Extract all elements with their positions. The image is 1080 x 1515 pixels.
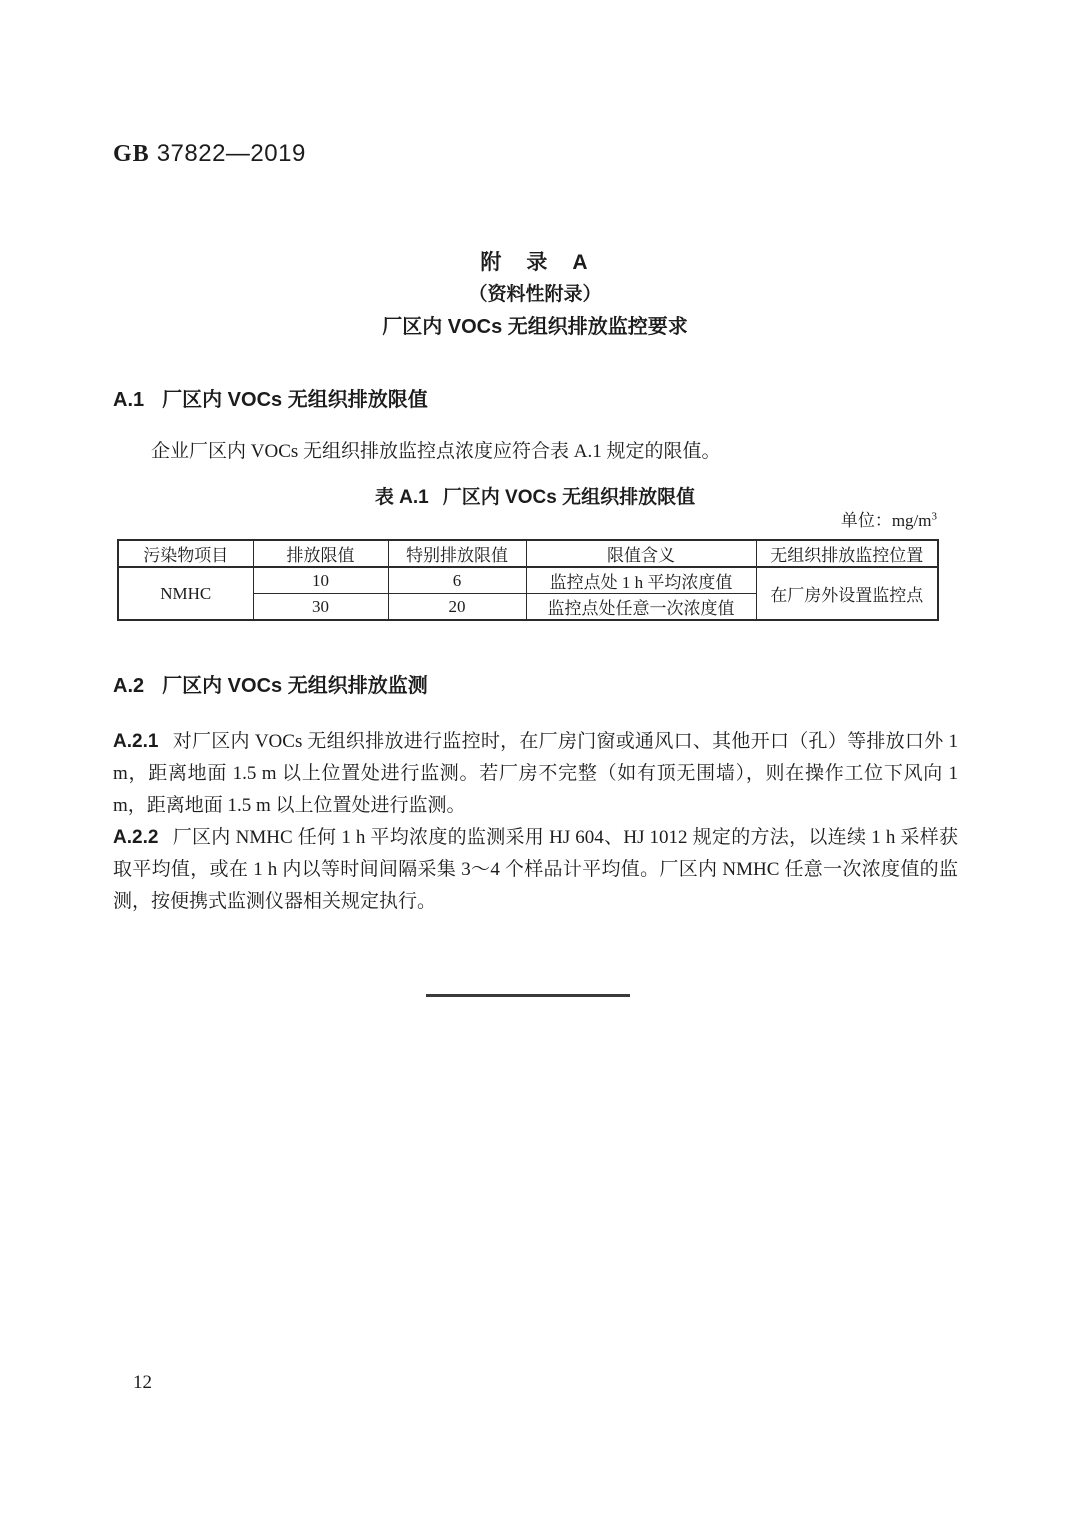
document-page: GB37822—2019 附 录 A （资料性附录） 厂区内 VOCs 无组织排… [0, 0, 1080, 1515]
section-a2-heading: A.2厂区内 VOCs 无组织排放监测 [113, 674, 958, 698]
section-a1-title: 厂区内 VOCs 无组织排放限值 [162, 389, 428, 411]
section-a2-body: A.2.1对厂区内 VOCs 无组织排放进行监控时，在厂房门窗或通风口、其他开口… [113, 726, 958, 918]
end-of-document-rule [426, 994, 630, 997]
appendix-heading: 厂区内 VOCs 无组织排放监控要求 [113, 311, 957, 343]
paragraph-a22-text: 厂区内 NMHC 任何 1 h 平均浓度的监测采用 HJ 604、HJ 1012… [113, 827, 958, 912]
appendix-subtitle: （资料性附录） [113, 279, 957, 311]
section-a1-paragraph: 企业厂区内 VOCs 无组织排放监控点浓度应符合表 A.1 规定的限值。 [113, 436, 958, 467]
table-unit-line: 单位：mg/m3 [117, 506, 937, 531]
page-number: 12 [133, 1372, 152, 1394]
cell-limit-2: 30 [253, 594, 388, 621]
table-row: NMHC 10 6 监控点处 1 h 平均浓度值 在厂房外设置监控点 [118, 567, 938, 594]
unit-superscript: 3 [932, 510, 938, 522]
appendix-title-block: 附 录 A （资料性附录） 厂区内 VOCs 无组织排放监控要求 [113, 246, 957, 343]
cell-location: 在厂房外设置监控点 [756, 567, 938, 620]
table-caption-label: 表 A.1 [375, 487, 429, 508]
paragraph-a22: A.2.2厂区内 NMHC 任何 1 h 平均浓度的监测采用 HJ 604、HJ… [113, 822, 958, 918]
paragraph-a21-label: A.2.1 [113, 731, 158, 752]
unit-text: 单位：mg/m [841, 511, 932, 530]
table-header-row: 污染物项目 排放限值 特别排放限值 限值含义 无组织排放监控位置 [118, 540, 938, 567]
section-a2-title: 厂区内 VOCs 无组织排放监测 [162, 675, 428, 697]
section-a2-label: A.2 [113, 675, 144, 697]
col-header-limit: 排放限值 [253, 540, 388, 567]
col-header-pollutant: 污染物项目 [118, 540, 253, 567]
cell-limit-1: 10 [253, 567, 388, 594]
appendix-title: 附 录 A [113, 246, 957, 279]
paragraph-a21-text: 对厂区内 VOCs 无组织排放进行监控时，在厂房门窗或通风口、其他开口（孔）等排… [113, 731, 958, 816]
doc-number-prefix: GB [113, 141, 150, 167]
table-caption-title: 厂区内 VOCs 无组织排放限值 [443, 487, 695, 508]
limits-table-wrapper: 污染物项目 排放限值 特别排放限值 限值含义 无组织排放监控位置 NMHC 10… [117, 539, 937, 621]
cell-meaning-1: 监控点处 1 h 平均浓度值 [526, 567, 756, 594]
cell-special-limit-2: 20 [388, 594, 526, 621]
section-a1-label: A.1 [113, 389, 144, 411]
cell-special-limit-1: 6 [388, 567, 526, 594]
table-caption: 表 A.1厂区内 VOCs 无组织排放限值 [113, 482, 957, 509]
paragraph-a22-label: A.2.2 [113, 827, 158, 848]
section-a1-heading: A.1厂区内 VOCs 无组织排放限值 [113, 388, 958, 412]
doc-number-header: GB37822—2019 [113, 140, 306, 168]
cell-pollutant: NMHC [118, 567, 253, 620]
col-header-special-limit: 特别排放限值 [388, 540, 526, 567]
doc-number-value: 37822—2019 [157, 140, 306, 167]
paragraph-a21: A.2.1对厂区内 VOCs 无组织排放进行监控时，在厂房门窗或通风口、其他开口… [113, 726, 958, 822]
cell-meaning-2: 监控点处任意一次浓度值 [526, 594, 756, 621]
limits-table: 污染物项目 排放限值 特别排放限值 限值含义 无组织排放监控位置 NMHC 10… [117, 539, 939, 621]
col-header-meaning: 限值含义 [526, 540, 756, 567]
col-header-location: 无组织排放监控位置 [756, 540, 938, 567]
